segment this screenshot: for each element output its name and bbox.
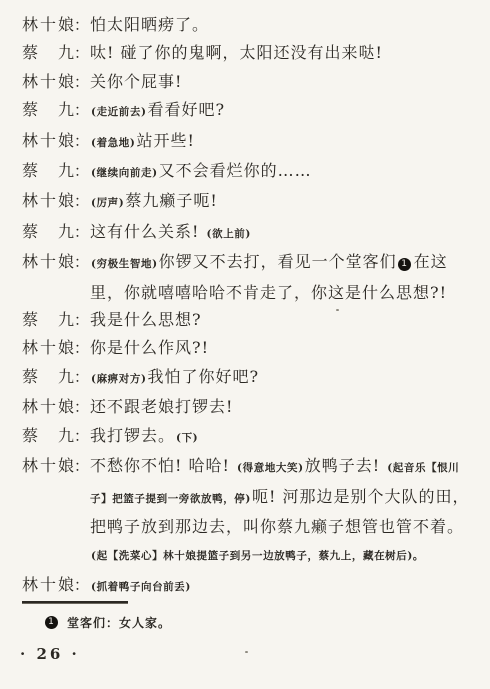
speaker-cell: 蔡九： bbox=[22, 306, 90, 334]
speaker-name: 蔡九 bbox=[22, 96, 74, 123]
dialogue-line: 林十娘： (厉声)蔡九癞子呃! bbox=[22, 187, 474, 217]
stage-direction: (起【洗菜心】林十娘提篮子到另一边放鸭子，蔡九上，藏在树后)。 bbox=[90, 550, 425, 562]
line-content: 关你个屁事! bbox=[90, 68, 474, 95]
dialogue-line: 蔡九： (走近前去)看看好吧? bbox=[22, 96, 474, 126]
speech-text: 你是什么作风?! bbox=[90, 338, 209, 357]
speech-text: 看看好吧? bbox=[148, 100, 226, 119]
line-content: 你是什么作风?! bbox=[90, 334, 474, 361]
speaker-name: 林十娘 bbox=[22, 571, 74, 598]
line-content: 这有什么关系! (欲上前) bbox=[90, 218, 474, 248]
line-content: 我打锣去。(下) bbox=[90, 422, 474, 452]
speaker-colon: ： bbox=[74, 427, 89, 445]
speaker-cell: 林十娘： bbox=[22, 68, 90, 96]
line-content: (抓着鸭子向台前丢) bbox=[90, 571, 474, 601]
line-content: (穷极生智地)你锣又不去打，看见一个堂客们1在这里，你就嘻嘻哈哈不肯走了，你这是… bbox=[90, 248, 474, 306]
speaker-colon: ： bbox=[74, 311, 89, 329]
speech-text: 呔! 碰了你的鬼啊，太阳还没有出来哒! bbox=[90, 43, 383, 62]
dialogue-line: 蔡九： (继续向前走)又不会看烂你的…… bbox=[22, 157, 474, 187]
dialogue-line: 林十娘： 关你个屁事! bbox=[22, 68, 474, 96]
scan-speck bbox=[245, 651, 248, 653]
speaker-colon: ： bbox=[74, 132, 89, 150]
speaker-colon: ： bbox=[74, 73, 89, 91]
speech-text: 蔡九癞子呃! bbox=[125, 191, 217, 210]
speaker-cell: 蔡九： bbox=[22, 363, 90, 391]
speaker-name: 蔡九 bbox=[22, 306, 74, 333]
speech-text: 站开些! bbox=[136, 131, 194, 150]
line-content: (走近前去)看看好吧? bbox=[90, 96, 474, 126]
script-page: 林十娘： 怕太阳晒痨了。 蔡九： 呔! 碰了你的鬼啊，太阳还没有出来哒! 林十娘… bbox=[0, 0, 490, 689]
speaker-colon: ： bbox=[74, 44, 89, 62]
dialogue-line: 林十娘： 你是什么作风?! bbox=[22, 334, 474, 362]
stage-direction: (欲上前) bbox=[206, 228, 252, 240]
speech-text: 我是什么思想? bbox=[90, 310, 202, 329]
speaker-colon: ： bbox=[74, 368, 89, 386]
speaker-name: 林十娘 bbox=[22, 248, 74, 275]
speaker-name: 蔡九 bbox=[22, 39, 74, 66]
speaker-colon: ： bbox=[74, 223, 89, 241]
line-content: (麻痹对方)我怕了你好吧? bbox=[90, 363, 474, 393]
page-number: · 26 · bbox=[20, 645, 80, 663]
stage-direction: (抓着鸭子向台前丢) bbox=[90, 581, 192, 593]
speaker-cell: 林十娘： bbox=[22, 452, 90, 480]
dialogue-list: 林十娘： 怕太阳晒痨了。 蔡九： 呔! 碰了你的鬼啊，太阳还没有出来哒! 林十娘… bbox=[22, 11, 474, 601]
speech-text: 怕太阳晒痨了。 bbox=[90, 15, 209, 34]
dialogue-line: 林十娘： 不愁你不怕! 哈哈! (得意地大笑)放鸭子去! (起音乐【恨川子】把篮… bbox=[22, 452, 474, 571]
speech-text: 我打锣去。 bbox=[90, 426, 175, 445]
speaker-name: 蔡九 bbox=[22, 363, 74, 390]
speaker-name: 林十娘 bbox=[22, 68, 74, 95]
speaker-cell: 林十娘： bbox=[22, 127, 90, 155]
speaker-name: 蔡九 bbox=[22, 157, 74, 184]
scan-speck bbox=[336, 309, 339, 311]
speaker-name: 林十娘 bbox=[22, 334, 74, 361]
speaker-name: 林十娘 bbox=[22, 11, 74, 38]
speaker-name: 蔡九 bbox=[22, 422, 74, 449]
speaker-cell: 林十娘： bbox=[22, 571, 90, 599]
speech-text: 不愁你不怕! 哈哈! bbox=[90, 456, 236, 475]
speech-text: 这有什么关系! bbox=[90, 222, 206, 241]
speaker-colon: ： bbox=[74, 457, 89, 475]
speech-text: 关你个屁事! bbox=[90, 72, 182, 91]
dialogue-line: 林十娘： 怕太阳晒痨了。 bbox=[22, 11, 474, 39]
stage-direction: (走近前去) bbox=[90, 106, 148, 118]
line-content: 怕太阳晒痨了。 bbox=[90, 11, 474, 38]
speech-text: 我怕了你好吧? bbox=[148, 367, 260, 386]
speaker-colon: ： bbox=[74, 253, 89, 271]
dialogue-line: 林十娘： (着急地)站开些! bbox=[22, 127, 474, 157]
speaker-name: 林十娘 bbox=[22, 393, 74, 420]
footnote-divider bbox=[22, 601, 128, 604]
speaker-colon: ： bbox=[74, 398, 89, 416]
speaker-cell: 林十娘： bbox=[22, 334, 90, 362]
speaker-cell: 林十娘： bbox=[22, 248, 90, 276]
speaker-name: 林十娘 bbox=[22, 187, 74, 214]
speaker-cell: 林十娘： bbox=[22, 11, 90, 39]
speaker-name: 蔡九 bbox=[22, 218, 74, 245]
speaker-cell: 蔡九： bbox=[22, 422, 90, 450]
footnote-marker: 1 bbox=[398, 258, 411, 271]
speaker-cell: 蔡九： bbox=[22, 96, 90, 124]
dialogue-line: 林十娘： (抓着鸭子向台前丢) bbox=[22, 571, 474, 601]
dialogue-line: 蔡九： (麻痹对方)我怕了你好吧? bbox=[22, 363, 474, 393]
speech-text: 还不跟老娘打锣去! bbox=[90, 397, 233, 416]
dialogue-line: 蔡九： 我是什么思想? bbox=[22, 306, 474, 334]
speaker-colon: ： bbox=[74, 339, 89, 357]
dialogue-line: 林十娘： (穷极生智地)你锣又不去打，看见一个堂客们1在这里，你就嘻嘻哈哈不肯走… bbox=[22, 248, 474, 306]
line-content: (继续向前走)又不会看烂你的…… bbox=[90, 157, 474, 187]
dialogue-line: 蔡九： 呔! 碰了你的鬼啊，太阳还没有出来哒! bbox=[22, 39, 474, 67]
speaker-colon: ： bbox=[74, 162, 89, 180]
stage-direction: (得意地大笑) bbox=[236, 462, 305, 474]
line-content: 呔! 碰了你的鬼啊，太阳还没有出来哒! bbox=[90, 39, 474, 66]
speech-text: 放鸭子去! bbox=[305, 456, 387, 475]
dialogue-line: 蔡九： 这有什么关系! (欲上前) bbox=[22, 218, 474, 248]
footnote-text: 堂客们：女人家。 bbox=[67, 614, 171, 631]
line-content: 我是什么思想? bbox=[90, 306, 474, 333]
speaker-colon: ： bbox=[74, 101, 89, 119]
stage-direction: (着急地) bbox=[90, 137, 136, 149]
speech-text: 又不会看烂你的…… bbox=[159, 161, 312, 180]
dialogue-line: 蔡九： 我打锣去。(下) bbox=[22, 422, 474, 452]
speaker-colon: ： bbox=[74, 16, 89, 34]
stage-direction: (厉声) bbox=[90, 197, 125, 209]
line-content: (厉声)蔡九癞子呃! bbox=[90, 187, 474, 217]
speaker-colon: ： bbox=[74, 576, 89, 594]
speaker-cell: 蔡九： bbox=[22, 157, 90, 185]
line-content: 还不跟老娘打锣去! bbox=[90, 393, 474, 420]
speaker-cell: 林十娘： bbox=[22, 187, 90, 215]
speaker-name: 林十娘 bbox=[22, 452, 74, 479]
speaker-name: 林十娘 bbox=[22, 127, 74, 154]
line-content: 不愁你不怕! 哈哈! (得意地大笑)放鸭子去! (起音乐【恨川子】把篮子提到一旁… bbox=[90, 452, 474, 571]
speaker-cell: 蔡九： bbox=[22, 218, 90, 246]
footnote-marker: 1 bbox=[45, 616, 58, 629]
line-content: (着急地)站开些! bbox=[90, 127, 474, 157]
speech-text: 你锣又不去打，看见一个堂客们 bbox=[159, 252, 397, 271]
speaker-cell: 林十娘： bbox=[22, 393, 90, 421]
stage-direction: (继续向前走) bbox=[90, 167, 159, 179]
speaker-colon: ： bbox=[74, 192, 89, 210]
stage-direction: (麻痹对方) bbox=[90, 373, 148, 385]
stage-direction: (穷极生智地) bbox=[90, 258, 159, 270]
stage-direction: (下) bbox=[175, 432, 199, 444]
speaker-cell: 蔡九： bbox=[22, 39, 90, 67]
dialogue-line: 林十娘： 还不跟老娘打锣去! bbox=[22, 393, 474, 421]
footnote: 1 堂客们：女人家。 bbox=[45, 614, 171, 631]
